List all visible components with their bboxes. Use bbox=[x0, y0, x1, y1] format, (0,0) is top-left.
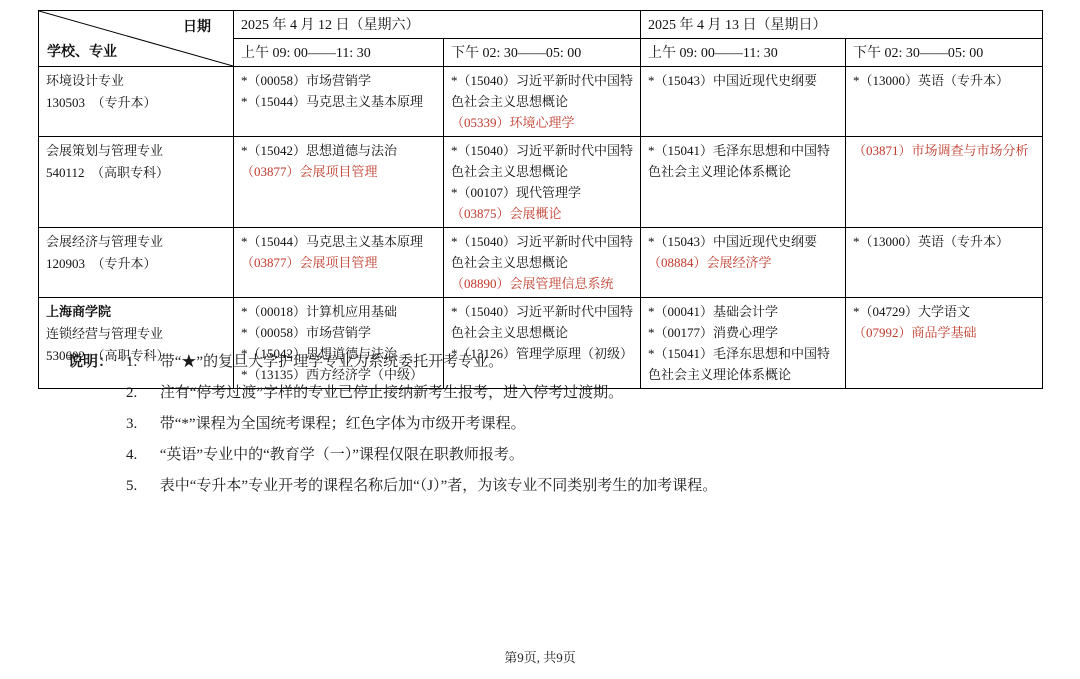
course-entry: *（00107）现代管理学 bbox=[451, 182, 633, 203]
session-header-sun-pm: 下午 02: 30——05: 00 bbox=[846, 39, 1043, 67]
course-entry: *（00041）基础会计学 bbox=[648, 301, 838, 322]
table-row: 会展经济与管理专业 120903 （专升本） *（15044）马克思主义基本原理… bbox=[39, 228, 1043, 298]
schedule-cell-sat-am: *（15042）思想道德与法治 （03877）会展项目管理 bbox=[234, 137, 444, 228]
major-cell: 会展经济与管理专业 120903 （专升本） bbox=[39, 228, 234, 298]
schedule-cell-sun-pm: *（13000）英语（专升本） bbox=[846, 228, 1043, 298]
table-row: 环境设计专业 130503 （专升本） *（00058）市场营销学 *（1504… bbox=[39, 67, 1043, 137]
date-header-saturday: 2025 年 4 月 12 日（星期六） bbox=[234, 11, 641, 39]
session-header-sun-am: 上午 09: 00——11: 30 bbox=[641, 39, 846, 67]
course-entry: *（00058）市场营销学 bbox=[241, 70, 436, 91]
course-entry: *（15043）中国近现代史纲要 bbox=[648, 231, 838, 252]
note-item: 4. “英语”专业中的“教育学（一）”课程仅限在职教师报考。 bbox=[68, 445, 717, 465]
schedule-cell-sun-am: *（15041）毛泽东思想和中国特色社会主义理论体系概论 bbox=[641, 137, 846, 228]
schedule-cell-sat-pm: *（15040）习近平新时代中国特色社会主义思想概论 （05339）环境心理学 bbox=[444, 67, 641, 137]
note-number: 1. bbox=[126, 352, 156, 372]
course-entry: *（15040）习近平新时代中国特色社会主义思想概论 bbox=[451, 231, 633, 273]
corner-label-date: 日期 bbox=[183, 16, 211, 36]
date-header-sunday: 2025 年 4 月 13 日（星期日） bbox=[641, 11, 1043, 39]
notes-section: 说明： 1. 带“★”的复旦大学护理学专业为系统委托开考专业。 2. 注有“停考… bbox=[68, 352, 717, 507]
corner-header-cell: 日期 学校、专业 bbox=[39, 11, 234, 67]
note-number: 5. bbox=[126, 476, 156, 496]
session-header-sat-am: 上午 09: 00——11: 30 bbox=[234, 39, 444, 67]
schedule-cell-sun-pm: *（13000）英语（专升本） bbox=[846, 67, 1043, 137]
note-text: 表中“专升本”专业开考的课程名称后加“（J）”者，为该专业不同类别考生的加考课程… bbox=[160, 478, 717, 494]
page-indicator: 第9页, 共9页 bbox=[0, 647, 1080, 666]
session-header-sat-pm: 下午 02: 30——05: 00 bbox=[444, 39, 641, 67]
course-entry: （03877）会展项目管理 bbox=[241, 161, 436, 182]
course-entry: （03877）会展项目管理 bbox=[241, 252, 436, 273]
schedule-cell-sat-pm: *（15040）习近平新时代中国特色社会主义思想概论 （08890）会展管理信息… bbox=[444, 228, 641, 298]
note-number: 2. bbox=[126, 383, 156, 403]
course-entry: *（15044）马克思主义基本原理 bbox=[241, 91, 436, 112]
course-entry: *（00018）计算机应用基础 bbox=[241, 301, 436, 322]
exam-schedule-page: 日期 学校、专业 2025 年 4 月 12 日（星期六） 2025 年 4 月… bbox=[0, 0, 1080, 679]
schedule-cell-sun-am: *（15043）中国近现代史纲要 bbox=[641, 67, 846, 137]
schedule-cell-sun-pm: （03871）市场调查与市场分析 bbox=[846, 137, 1043, 228]
major-name: 连锁经营与管理专业 bbox=[46, 323, 226, 345]
course-entry: （05339）环境心理学 bbox=[451, 112, 633, 133]
course-entry: *（15040）习近平新时代中国特色社会主义思想概论 bbox=[451, 301, 633, 343]
school-name: 上海商学院 bbox=[46, 301, 226, 323]
major-name: 环境设计专业 bbox=[46, 70, 226, 92]
note-item: 说明： 1. 带“★”的复旦大学护理学专业为系统委托开考专业。 bbox=[68, 352, 717, 372]
major-cell: 会展策划与管理专业 540112 （高职专科） bbox=[39, 137, 234, 228]
schedule-cell-sun-am: *（15043）中国近现代史纲要 （08884）会展经济学 bbox=[641, 228, 846, 298]
course-entry: （03875）会展概论 bbox=[451, 203, 633, 224]
major-code: 120903 （专升本） bbox=[46, 253, 226, 275]
course-entry: *（15043）中国近现代史纲要 bbox=[648, 70, 838, 91]
schedule-cell-sat-am: *（00058）市场营销学 *（15044）马克思主义基本原理 bbox=[234, 67, 444, 137]
course-entry: （07992）商品学基础 bbox=[853, 322, 1035, 343]
note-number: 4. bbox=[126, 445, 156, 465]
course-entry: *（13000）英语（专升本） bbox=[853, 70, 1035, 91]
major-name: 会展经济与管理专业 bbox=[46, 231, 226, 253]
major-name: 会展策划与管理专业 bbox=[46, 140, 226, 162]
note-text: 注有“停考过渡”字样的专业已停止接纳新考生报考，进入停考过渡期。 bbox=[160, 385, 623, 401]
course-entry: *（15042）思想道德与法治 bbox=[241, 140, 436, 161]
course-entry: （08884）会展经济学 bbox=[648, 252, 838, 273]
note-number: 3. bbox=[126, 414, 156, 434]
note-item: 3. 带“*”课程为全国统考课程；红色字体为市级开考课程。 bbox=[68, 414, 717, 434]
note-text: 带“*”课程为全国统考课程；红色字体为市级开考课程。 bbox=[160, 416, 526, 432]
major-cell: 环境设计专业 130503 （专升本） bbox=[39, 67, 234, 137]
table-row: 会展策划与管理专业 540112 （高职专科） *（15042）思想道德与法治 … bbox=[39, 137, 1043, 228]
note-item: 5. 表中“专升本”专业开考的课程名称后加“（J）”者，为该专业不同类别考生的加… bbox=[68, 476, 717, 496]
schedule-cell-sat-am: *（15044）马克思主义基本原理 （03877）会展项目管理 bbox=[234, 228, 444, 298]
notes-label: 说明： bbox=[68, 352, 113, 372]
course-entry: （08890）会展管理信息系统 bbox=[451, 273, 633, 294]
note-text: “英语”专业中的“教育学（一）”课程仅限在职教师报考。 bbox=[160, 447, 524, 463]
course-entry: *（04729）大学语文 bbox=[853, 301, 1035, 322]
corner-label-school: 学校、专业 bbox=[47, 41, 117, 61]
major-code: 540112 （高职专科） bbox=[46, 162, 226, 184]
schedule-cell-sun-pm: *（04729）大学语文 （07992）商品学基础 bbox=[846, 298, 1043, 389]
course-entry: *（15040）习近平新时代中国特色社会主义思想概论 bbox=[451, 70, 633, 112]
course-entry: *（13000）英语（专升本） bbox=[853, 231, 1035, 252]
note-text: 带“★”的复旦大学护理学专业为系统委托开考专业。 bbox=[160, 354, 503, 370]
course-entry: *（00058）市场营销学 bbox=[241, 322, 436, 343]
course-entry: *（00177）消费心理学 bbox=[648, 322, 838, 343]
schedule-cell-sat-pm: *（15040）习近平新时代中国特色社会主义思想概论 *（00107）现代管理学… bbox=[444, 137, 641, 228]
course-entry: *（15040）习近平新时代中国特色社会主义思想概论 bbox=[451, 140, 633, 182]
major-code: 130503 （专升本） bbox=[46, 92, 226, 114]
exam-schedule-table: 日期 学校、专业 2025 年 4 月 12 日（星期六） 2025 年 4 月… bbox=[38, 10, 1043, 389]
course-entry: *（15044）马克思主义基本原理 bbox=[241, 231, 436, 252]
course-entry: *（15041）毛泽东思想和中国特色社会主义理论体系概论 bbox=[648, 140, 838, 182]
course-entry: （03871）市场调查与市场分析 bbox=[853, 140, 1035, 161]
note-item: 2. 注有“停考过渡”字样的专业已停止接纳新考生报考，进入停考过渡期。 bbox=[68, 383, 717, 403]
